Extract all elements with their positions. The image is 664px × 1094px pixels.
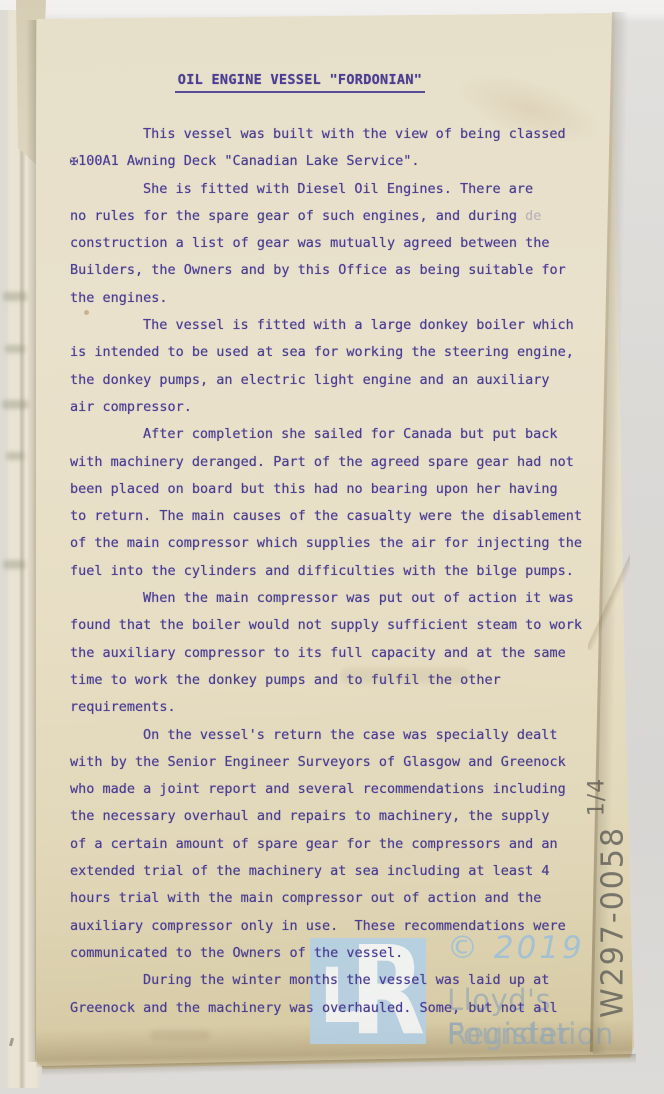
typed-line: no rules for the spare gear of such engi… <box>70 203 578 230</box>
paper-stain <box>150 1030 210 1040</box>
typed-line: is intended to be used at sea for workin… <box>70 339 578 366</box>
document-title: OIL ENGINE VESSEL "FORDONIAN" <box>70 69 530 93</box>
document-title-text: OIL ENGINE VESSEL "FORDONIAN" <box>175 72 425 93</box>
typed-line: with by the Senior Engineer Surveyors of… <box>70 749 578 776</box>
typed-text: This vessel was built with the view of b… <box>70 121 578 1022</box>
typed-line: construction a list of gear was mutually… <box>70 230 578 257</box>
typed-line: On the vessel's return the case was spec… <box>70 722 578 749</box>
typed-line: the donkey pumps, an electric light engi… <box>70 367 578 394</box>
scanned-document: L R © 2019 Lloyd's Register Foundation O… <box>0 0 664 1094</box>
typed-line: the auxiliary compressor to its full cap… <box>70 640 578 667</box>
typed-line: of the main compressor which supplies th… <box>70 530 578 557</box>
ink-bleed-mark <box>5 345 25 353</box>
sheet-number-pencil: 1/4 <box>585 778 610 816</box>
typed-line: been placed on board but this had no bea… <box>70 476 578 503</box>
typed-line: who made a joint report and several reco… <box>70 776 578 803</box>
typed-line: the necessary overhaul and repairs to ma… <box>70 803 578 830</box>
ink-bleed-mark <box>3 560 25 569</box>
ink-bleed-mark <box>3 292 27 301</box>
typed-line: After completion she sailed for Canada b… <box>70 421 578 448</box>
typed-line: to return. The main causes of the casual… <box>70 503 578 530</box>
typed-line: During the winter months the vessel was … <box>70 967 578 994</box>
typed-line: When the main compressor was put out of … <box>70 585 578 612</box>
typed-line: Builders, the Owners and by this Office … <box>70 257 578 284</box>
paper-crease <box>588 552 630 650</box>
watermark-org-suffix: Foundation <box>447 1017 614 1051</box>
typed-line: of a certain amount of spare gear for th… <box>70 831 578 858</box>
typed-line: extended trial of the machinery at sea i… <box>70 858 578 885</box>
typed-line: hours trial with the main compressor out… <box>70 885 578 912</box>
typed-line: the engines. <box>70 285 578 312</box>
ink-bleed-mark <box>2 400 28 409</box>
typed-line: This vessel was built with the view of b… <box>70 121 578 148</box>
archive-reference-pencil: W297-0058 <box>596 826 631 1018</box>
erased-text: de <box>517 208 541 224</box>
typed-line: found that the boiler would not supply s… <box>70 612 578 639</box>
typed-line: air compressor. <box>70 394 578 421</box>
typed-line: communicated to the Owners of the vessel… <box>70 940 578 967</box>
typed-line: time to work the donkey pumps and to ful… <box>70 667 578 694</box>
typed-line: with machinery deranged. Part of the agr… <box>70 449 578 476</box>
typed-line: auxiliary compressor only in use. These … <box>70 913 578 940</box>
typed-line: requirements. <box>70 694 578 721</box>
typed-line: fuel into the cylinders and difficulties… <box>70 558 578 585</box>
typed-line: The vessel is fitted with a large donkey… <box>70 312 578 339</box>
typed-line: ✠100A1 Awning Deck "Canadian Lake Servic… <box>70 148 578 175</box>
typed-line: Greenock and the machinery was overhaule… <box>70 995 578 1022</box>
typed-line: She is fitted with Diesel Oil Engines. T… <box>70 176 578 203</box>
ink-bleed-mark <box>6 452 24 460</box>
